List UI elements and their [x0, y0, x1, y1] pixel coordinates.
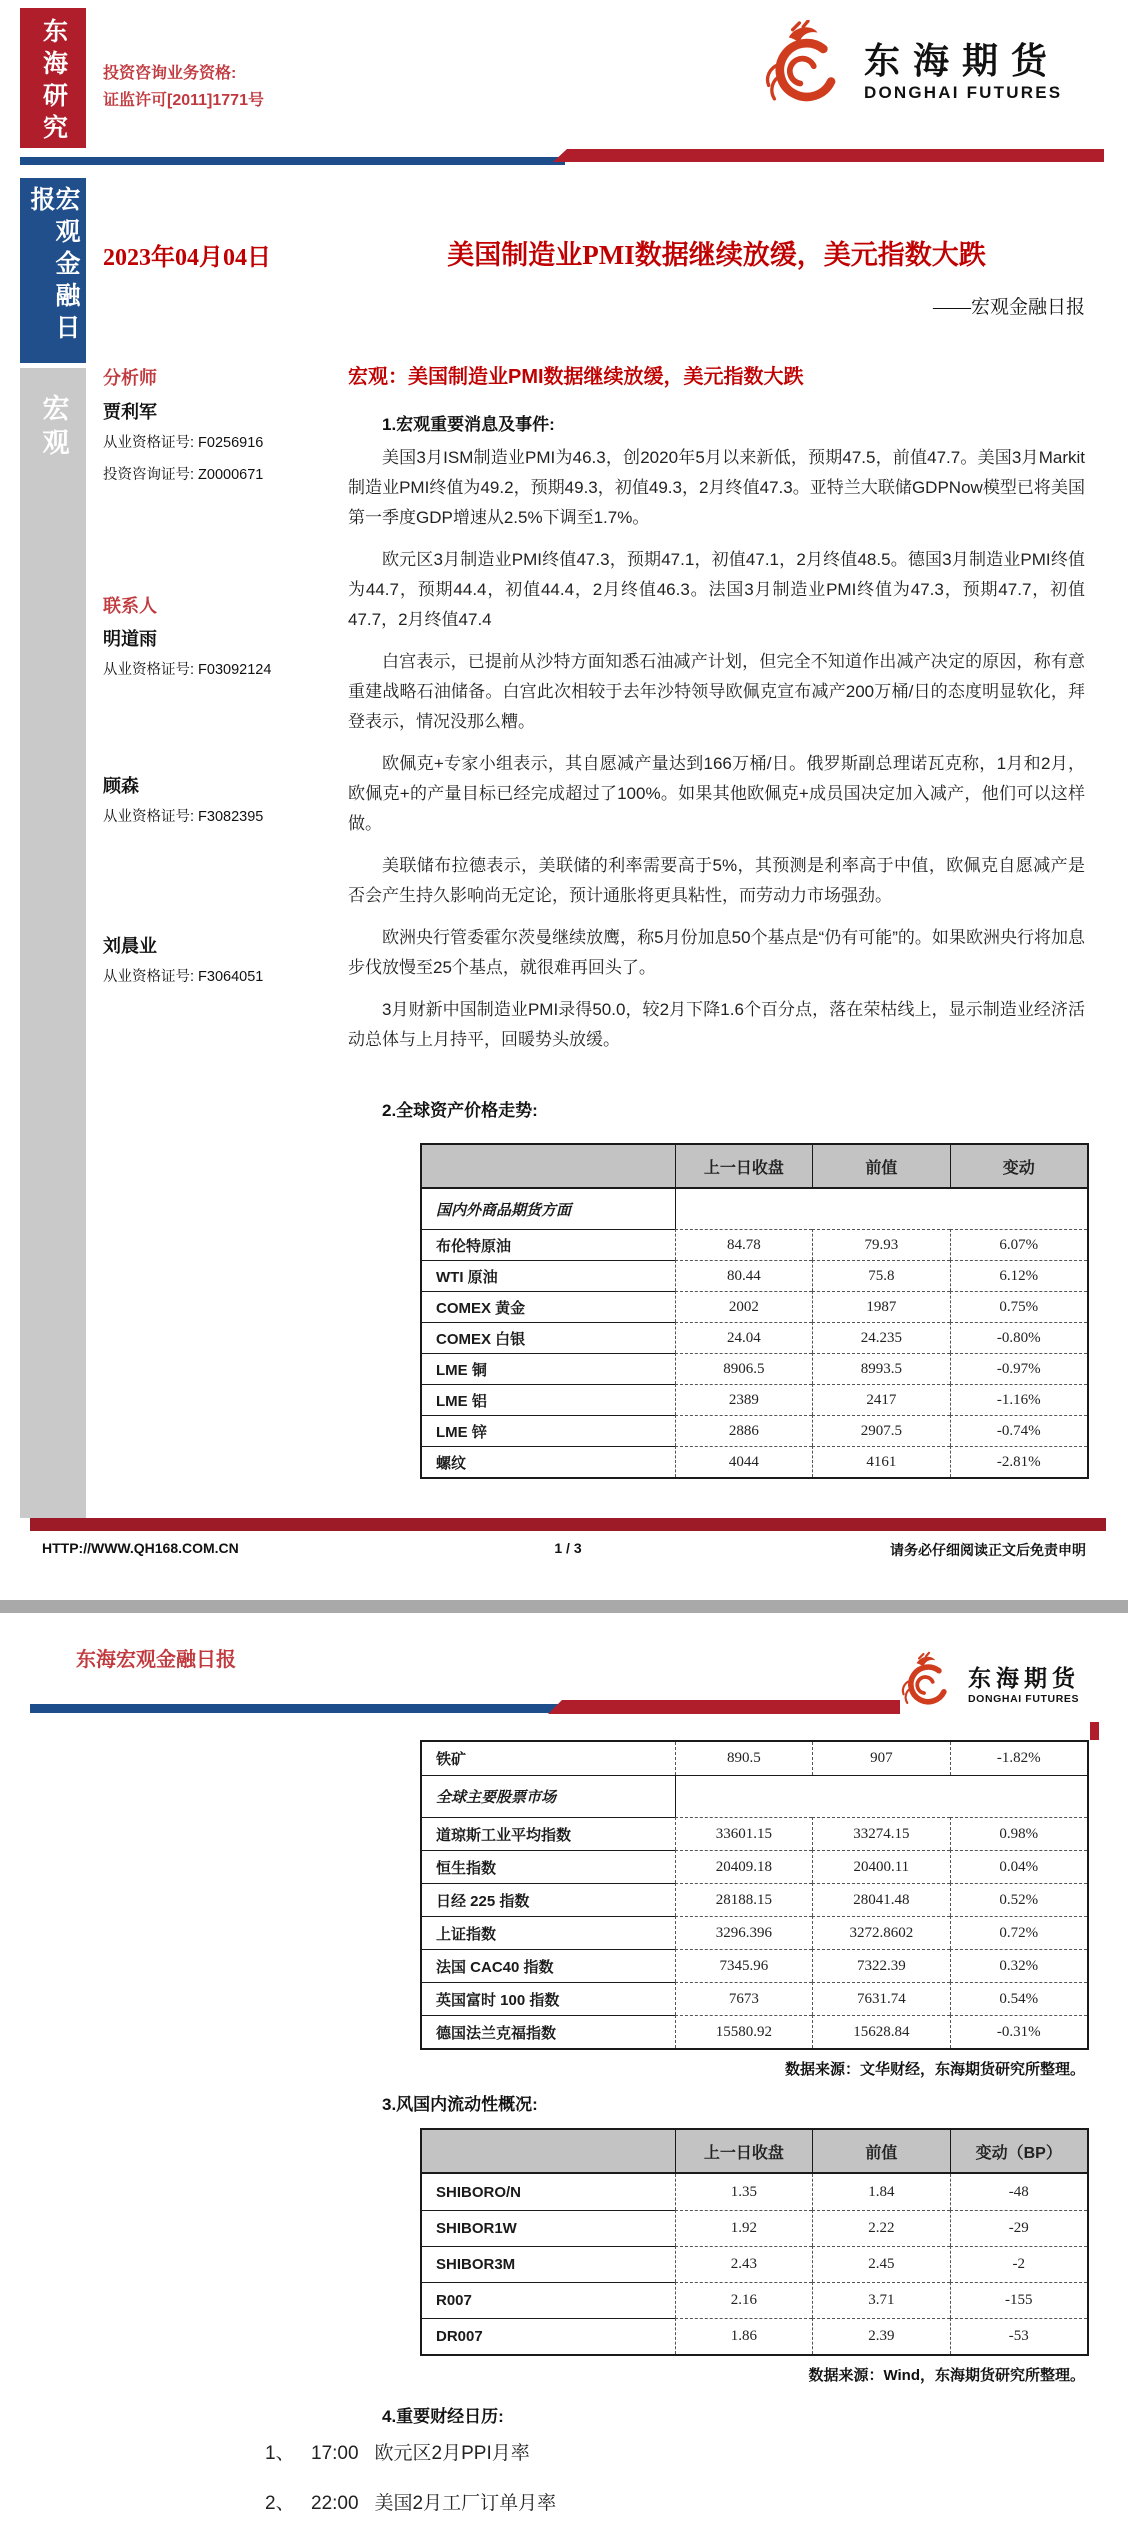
- row-label-cell: 上证指数: [422, 1916, 675, 1949]
- data-source-note: 数据来源：Wind，东海期货研究所整理。: [420, 2364, 1085, 2385]
- value-cell: 0.04%: [950, 1850, 1087, 1883]
- license-line1: 投资咨询业务资格:: [103, 60, 264, 87]
- stock-market-table: 铁矿890.5907-1.82%全球主要股票市场道琼斯工业平均指数33601.1…: [420, 1740, 1089, 2050]
- header-cell: [422, 1145, 675, 1187]
- row-label-cell: LME 铜: [422, 1353, 675, 1384]
- footer-bar: [30, 1518, 1106, 1531]
- paragraph: 欧洲央行管委霍尔茨曼继续放鹰，称5月份加息50个基点是“仍有可能”的。如果欧洲央…: [348, 923, 1085, 983]
- value-cell: 7322.39: [812, 1949, 949, 1982]
- table-header-row: 上一日收盘前值变动（BP）: [422, 2130, 1087, 2174]
- value-cell: -0.31%: [950, 2015, 1087, 2048]
- row-label-cell: COMEX 黄金: [422, 1291, 675, 1322]
- header-cell: 上一日收盘: [675, 2130, 812, 2172]
- footer-disclaimer: 请务必仔细阅读正文后免责申明: [890, 1540, 1086, 1560]
- contact-name: 明道雨: [103, 625, 157, 651]
- calendar-item-time: 17:00: [311, 2443, 359, 2465]
- row-label-cell: LME 锌: [422, 1415, 675, 1446]
- value-cell: 3.71: [812, 2282, 949, 2318]
- value-cell: 79.93: [812, 1229, 949, 1260]
- value-cell: 1.84: [812, 2174, 949, 2210]
- value-cell: -0.74%: [950, 1415, 1087, 1446]
- body-paragraphs: 美国3月ISM制造业PMI为46.3，创2020年5月以来新低，预期47.5，前…: [348, 443, 1085, 1067]
- table-row: SHIBORO/N1.351.84-48: [422, 2174, 1087, 2210]
- header-cell: 上一日收盘: [675, 1145, 812, 1187]
- sidebar-report-box: 宏观金融日报: [20, 178, 86, 363]
- page2-header-title: 东海宏观金融日报: [76, 1643, 236, 1672]
- row-label-cell: LME 铝: [422, 1384, 675, 1415]
- value-cell: 0.52%: [950, 1883, 1087, 1916]
- row-label-cell: 日经 225 指数: [422, 1883, 675, 1916]
- value-cell: -48: [950, 2174, 1087, 2210]
- row-label-cell: SHIBOR3M: [422, 2246, 675, 2282]
- value-cell: 2002: [675, 1291, 812, 1322]
- page2-divider-blue: [30, 1704, 560, 1713]
- calendar-item: 2、 22:00 美国2月工厂订单月率: [265, 2488, 556, 2515]
- license-block: 投资咨询业务资格: 证监许可[2011]1771号: [103, 60, 264, 114]
- value-cell: 2.16: [675, 2282, 812, 2318]
- content-heading: 宏观：美国制造业PMI数据继续放缓，美元指数大跌: [348, 360, 804, 389]
- company-logo: 东海期货 DONGHAI FUTURES: [760, 20, 1062, 122]
- value-cell: -2: [950, 2246, 1087, 2282]
- value-cell: 33601.15: [675, 1817, 812, 1850]
- value-cell: 28188.15: [675, 1883, 812, 1916]
- table-row: 布伦特原油84.7879.936.07%: [422, 1229, 1087, 1260]
- value-cell: 0.72%: [950, 1916, 1087, 1949]
- value-cell: 890.5: [675, 1742, 812, 1775]
- value-cell: 2.43: [675, 2246, 812, 2282]
- sidebar-brand-box: 东海研究: [20, 8, 86, 148]
- paragraph: 美联储布拉德表示，美联储的利率需要高于5%，其预测是利率高于中值，欧佩克自愿减产…: [348, 851, 1085, 911]
- analyst-label: 分析师: [103, 364, 157, 390]
- table-row: 英国富时 100 指数76737631.740.54%: [422, 1982, 1087, 2015]
- value-cell: 75.8: [812, 1260, 949, 1291]
- table-row: COMEX 白银24.0424.235-0.80%: [422, 1322, 1087, 1353]
- header-cell: 前值: [812, 2130, 949, 2172]
- value-cell: 1.92: [675, 2210, 812, 2246]
- sidebar-category-strip: 宏观: [20, 368, 86, 1518]
- table-row: SHIBOR3M2.432.45-2: [422, 2246, 1087, 2282]
- value-cell: 1.35: [675, 2174, 812, 2210]
- table-row: R0072.163.71-155: [422, 2282, 1087, 2318]
- value-cell: 15628.84: [812, 2015, 949, 2048]
- row-label-cell: 恒生指数: [422, 1850, 675, 1883]
- value-cell: 7631.74: [812, 1982, 949, 2015]
- logo-en-text: DONGHAI FUTURES: [864, 83, 1062, 103]
- calendar-item-time: 22:00: [311, 2493, 359, 2515]
- table-row: 铁矿890.5907-1.82%: [422, 1742, 1087, 1775]
- contact-label: 联系人: [103, 592, 157, 618]
- table-row: DR0071.862.39-53: [422, 2318, 1087, 2354]
- value-cell: 4044: [675, 1446, 812, 1477]
- value-cell: -1.82%: [950, 1742, 1087, 1775]
- value-cell: 8993.5: [812, 1353, 949, 1384]
- value-cell: 3296.396: [675, 1916, 812, 1949]
- logo-cn-text: 东海期货: [864, 39, 1062, 82]
- value-cell: 1987: [812, 1291, 949, 1322]
- value-cell: 0.75%: [950, 1291, 1087, 1322]
- table-row: COMEX 黄金200219870.75%: [422, 1291, 1087, 1322]
- report-document: 东海研究 投资咨询业务资格: 证监许可[2011]1771号 东海期货 DONG…: [0, 0, 1136, 2542]
- paragraph: 欧元区3月制造业PMI终值47.3，预期47.1，初值47.1，2月终值48.5…: [348, 545, 1085, 635]
- paragraph: 白宫表示，已提前从沙特方面知悉石油减产计划，但完全不知道作出减产决定的原因，称有…: [348, 647, 1085, 737]
- row-label-cell: 德国法兰克福指数: [422, 2015, 675, 2048]
- logo-en-text: DONGHAI FUTURES: [968, 1693, 1080, 1705]
- asset-price-table: 上一日收盘前值变动国内外商品期货方面布伦特原油84.7879.936.07%WT…: [420, 1143, 1089, 1479]
- header-cell: [422, 2130, 675, 2172]
- row-label-cell: SHIBORO/N: [422, 2174, 675, 2210]
- paragraph: 3月财新中国制造业PMI录得50.0，较2月下降1.6个百分点，落在荣枯线上，显…: [348, 995, 1085, 1055]
- paragraph: 美国3月ISM制造业PMI为46.3，创2020年5月以来新低，预期47.5，前…: [348, 443, 1085, 533]
- section3-title: 3.风国内流动性概况:: [382, 2090, 538, 2115]
- section2-title: 2.全球资产价格走势:: [382, 1096, 538, 1121]
- value-cell: 2.22: [812, 2210, 949, 2246]
- license-line2: 证监许可[2011]1771号: [103, 87, 264, 114]
- logo-cn-text: 东海期货: [968, 1665, 1080, 1693]
- calendar-item: 1、 17:00 欧元区2月PPI月率: [265, 2438, 530, 2465]
- row-label-cell: 螺纹: [422, 1446, 675, 1477]
- value-cell: 28041.48: [812, 1883, 949, 1916]
- row-label-cell: 铁矿: [422, 1742, 675, 1775]
- table-header-row: 上一日收盘前值变动: [422, 1145, 1087, 1189]
- row-label-cell: 道琼斯工业平均指数: [422, 1817, 675, 1850]
- row-label-cell: 英国富时 100 指数: [422, 1982, 675, 2015]
- table-row: 道琼斯工业平均指数33601.1533274.150.98%: [422, 1817, 1087, 1850]
- value-cell: 24.235: [812, 1322, 949, 1353]
- logo-red-mark: [1090, 1722, 1099, 1740]
- table-row: 法国 CAC40 指数7345.967322.390.32%: [422, 1949, 1087, 1982]
- header-cell: 变动（BP）: [950, 2130, 1087, 2172]
- value-cell: 2417: [812, 1384, 949, 1415]
- sidebar-category-text: 宏观: [40, 394, 67, 1518]
- contact-name: 刘晨业: [103, 932, 157, 958]
- value-cell: 8906.5: [675, 1353, 812, 1384]
- value-cell: -0.97%: [950, 1353, 1087, 1384]
- table-row: 日经 225 指数28188.1528041.480.52%: [422, 1883, 1087, 1916]
- sidebar-brand-text: 东海研究: [41, 18, 66, 148]
- data-source-note: 数据来源：文华财经，东海期货研究所整理。: [420, 2058, 1085, 2079]
- dragon-logo-icon: [760, 20, 856, 122]
- value-cell: 20409.18: [675, 1850, 812, 1883]
- section1-title: 1.宏观重要消息及事件:: [382, 410, 555, 435]
- calendar-item-label: 美国2月工厂订单月率: [375, 2488, 557, 2515]
- analyst-name: 贾利军: [103, 398, 157, 424]
- sidebar-report-text: 宏观金融日报: [28, 186, 78, 363]
- table-row: LME 锌28862907.5-0.74%: [422, 1415, 1087, 1446]
- row-label-cell: R007: [422, 2282, 675, 2318]
- calendar-item-number: 1、: [265, 2438, 311, 2465]
- value-cell: -2.81%: [950, 1446, 1087, 1477]
- row-label-cell: WTI 原油: [422, 1260, 675, 1291]
- value-cell: -53: [950, 2318, 1087, 2354]
- value-cell: 3272.8602: [812, 1916, 949, 1949]
- page2-divider-red: [548, 1700, 900, 1714]
- row-label-cell: 布伦特原油: [422, 1229, 675, 1260]
- value-cell: 4161: [812, 1446, 949, 1477]
- row-label-cell: SHIBOR1W: [422, 2210, 675, 2246]
- contact-cert: 从业资格证号: F3082395: [103, 805, 263, 826]
- value-cell: 80.44: [675, 1260, 812, 1291]
- value-cell: 15580.92: [675, 2015, 812, 2048]
- analyst-cert-1: 从业资格证号: F0256916: [103, 431, 263, 452]
- value-cell: -29: [950, 2210, 1087, 2246]
- value-cell: 2389: [675, 1384, 812, 1415]
- table-row: WTI 原油80.4475.86.12%: [422, 1260, 1087, 1291]
- value-cell: 7345.96: [675, 1949, 812, 1982]
- value-cell: 907: [812, 1742, 949, 1775]
- value-cell: 2907.5: [812, 1415, 949, 1446]
- table-row: 德国法兰克福指数15580.9215628.84-0.31%: [422, 2015, 1087, 2048]
- contact-cert: 从业资格证号: F03092124: [103, 658, 271, 679]
- section-cell: 国内外商品期货方面: [422, 1189, 675, 1229]
- table-section-row: 国内外商品期货方面: [422, 1189, 1087, 1229]
- section-cell: 全球主要股票市场: [422, 1775, 675, 1817]
- company-logo-small: 东海期货 DONGHAI FUTURES: [898, 1650, 1080, 1720]
- value-cell: 2.39: [812, 2318, 949, 2354]
- table-section-row: 全球主要股票市场: [422, 1775, 1087, 1817]
- section4-title: 4.重要财经日历:: [382, 2402, 504, 2427]
- table-row: LME 铜8906.58993.5-0.97%: [422, 1353, 1087, 1384]
- report-date: 2023年04月04日: [103, 237, 271, 272]
- value-cell: 1.86: [675, 2318, 812, 2354]
- value-cell: 24.04: [675, 1322, 812, 1353]
- header-cell: 变动: [950, 1145, 1087, 1187]
- value-cell: -1.16%: [950, 1384, 1087, 1415]
- value-cell: 6.12%: [950, 1260, 1087, 1291]
- contact-cert: 从业资格证号: F3064051: [103, 965, 263, 986]
- value-cell: 2.45: [812, 2246, 949, 2282]
- header-cell: 前值: [812, 1145, 949, 1187]
- report-subtitle: ——宏观金融日报: [348, 292, 1085, 319]
- value-cell: 0.98%: [950, 1817, 1087, 1850]
- contact-name: 顾森: [103, 772, 139, 798]
- value-cell: 2886: [675, 1415, 812, 1446]
- calendar-item-label: 欧元区2月PPI月率: [375, 2438, 530, 2465]
- table-row: SHIBOR1W1.922.22-29: [422, 2210, 1087, 2246]
- value-cell: 0.32%: [950, 1949, 1087, 1982]
- row-label-cell: 法国 CAC40 指数: [422, 1949, 675, 1982]
- analyst-cert-2: 投资咨询证号: Z0000671: [103, 463, 263, 484]
- table-row: 上证指数3296.3963272.86020.72%: [422, 1916, 1087, 1949]
- report-title: 美国制造业PMI数据继续放缓，美元指数大跌: [348, 233, 1085, 272]
- value-cell: 33274.15: [812, 1817, 949, 1850]
- liquidity-table: 上一日收盘前值变动（BP）SHIBORO/N1.351.84-48SHIBOR1…: [420, 2128, 1089, 2356]
- row-label-cell: COMEX 白银: [422, 1322, 675, 1353]
- header-divider-blue: [20, 157, 565, 165]
- table-row: 恒生指数20409.1820400.110.04%: [422, 1850, 1087, 1883]
- calendar-item-number: 2、: [265, 2488, 311, 2515]
- row-label-cell: DR007: [422, 2318, 675, 2354]
- value-cell: -0.80%: [950, 1322, 1087, 1353]
- table-row: LME 铝23892417-1.16%: [422, 1384, 1087, 1415]
- empty-cell: [675, 1775, 1087, 1817]
- header-divider-red: [553, 149, 1104, 162]
- value-cell: 20400.11: [812, 1850, 949, 1883]
- empty-cell: [675, 1189, 1087, 1229]
- value-cell: 6.07%: [950, 1229, 1087, 1260]
- page-separator: [0, 1600, 1128, 1613]
- value-cell: -155: [950, 2282, 1087, 2318]
- dragon-logo-icon: [898, 1650, 960, 1720]
- paragraph: 欧佩克+专家小组表示，其自愿减产量达到166万桶/日。俄罗斯副总理诺瓦克称，1月…: [348, 749, 1085, 839]
- value-cell: 0.54%: [950, 1982, 1087, 2015]
- table-row: 螺纹40444161-2.81%: [422, 1446, 1087, 1477]
- value-cell: 84.78: [675, 1229, 812, 1260]
- value-cell: 7673: [675, 1982, 812, 2015]
